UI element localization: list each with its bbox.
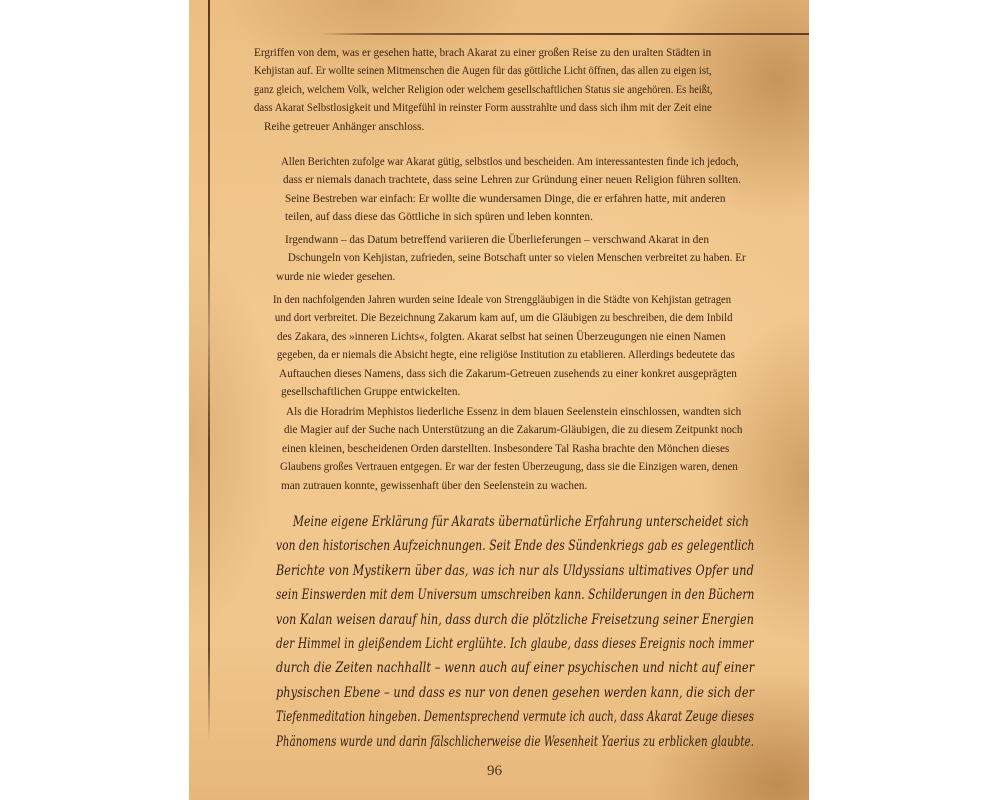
text-line: einen kleinen, bescheidenen Orden darste… — [280, 440, 751, 458]
text-line: man zutrauen konnte, gewissenhaft über d… — [280, 477, 751, 495]
text-line: Kehjistan auf. Er wollte seinen Mitmensc… — [254, 62, 717, 80]
left-border-rule — [208, 0, 210, 740]
text-line: Irgendwann – das Datum betreffend variie… — [276, 231, 751, 249]
text-line: Als die Horadrim Mephistos liederliche E… — [280, 403, 751, 421]
text-line: die Magier auf der Suche nach Unterstütz… — [280, 421, 745, 439]
handwritten-line: sein Einswerden mit dem Universum umschr… — [276, 583, 773, 607]
handwritten-line: von Kalan weisen darauf hin, dass durch … — [276, 608, 797, 632]
text-line: ganz gleich, welchem Volk, welcher Relig… — [254, 81, 712, 99]
text-line: Auftauchen dieses Namens, dass sich die … — [273, 365, 755, 383]
handwritten-line: Berichte von Mystikern über das, was ich… — [276, 559, 801, 583]
text-line: Allen Berichten zufolge war Akarat gütig… — [281, 153, 739, 171]
handwritten-line: durch die Zeiten nachhallt – wenn auch a… — [276, 656, 810, 680]
text-line: Glaubens großes Vertrauen entgegen. Er w… — [280, 458, 738, 476]
text-line: dass Akarat Selbstlosigkeit und Mitgefüh… — [254, 99, 730, 117]
text-line: Dschungeln von Kehjistan, zufrieden, sei… — [276, 249, 746, 267]
text-line: Reihe getreuer Anhänger anschloss. — [254, 118, 745, 136]
text-line: wurde nie wieder gesehen. — [276, 268, 751, 286]
text-line: Ergriffen von dem, was er gesehen hatte,… — [254, 44, 745, 62]
paragraph-5: Als die Horadrim Mephistos liederliche E… — [280, 403, 751, 495]
paragraph-1: Ergriffen von dem, was er gesehen hatte,… — [254, 44, 745, 136]
text-line: In den nachfolgenden Jahren wurden seine… — [273, 291, 731, 309]
text-line: des Zakara, des »inneren Lichts«, folgte… — [273, 328, 755, 346]
text-line: Seine Bestreben war einfach: Er wollte d… — [281, 190, 756, 208]
handwritten-line: der Himmel in gleißendem Licht erglühte.… — [276, 632, 774, 656]
text-line: und dort verbreitet. Die Bezeichnung Zak… — [273, 309, 738, 327]
text-line: dass er niemals danach trachtete, dass s… — [281, 171, 756, 189]
handwritten-note: Meine eigene Erklärung für Akarats übern… — [276, 510, 942, 754]
handwritten-line: Phänomens wurde und darin fälschlicherwe… — [276, 730, 755, 754]
page-number: 96 — [487, 763, 502, 780]
text-line: gegeben, da er niemals die Absicht hegte… — [273, 346, 740, 364]
text-line: teilen, auf dass diese das Göttliche in … — [281, 208, 756, 226]
handwritten-line: Meine eigene Erklärung für Akarats übern… — [276, 510, 785, 534]
paragraph-3: Irgendwann – das Datum betreffend variie… — [276, 231, 751, 286]
paragraph-4: In den nachfolgenden Jahren wurden seine… — [273, 291, 755, 401]
text-line: gesellschaftlichen Gruppe entwickelten. — [273, 383, 755, 401]
handwritten-line: physischen Ebene – und dass es nur von d… — [276, 681, 805, 705]
handwritten-line: von den historischen Aufzeichnungen. Sei… — [276, 534, 777, 558]
paragraph-2: Allen Berichten zufolge war Akarat gütig… — [281, 153, 756, 227]
top-border-rule — [319, 33, 809, 35]
handwritten-line: Tiefenmeditation hingeben. Dementspreche… — [276, 705, 754, 729]
